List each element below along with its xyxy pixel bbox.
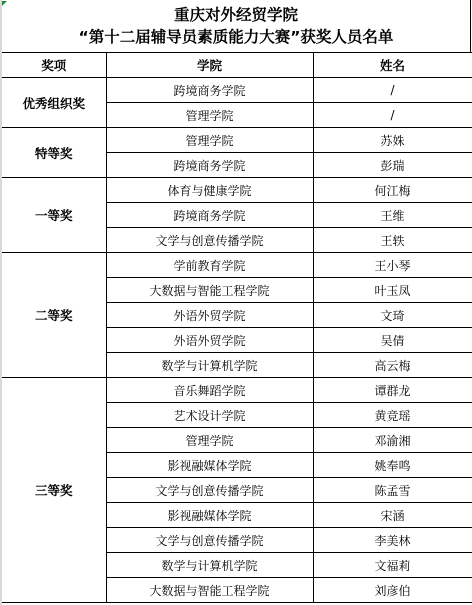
name-cell[interactable]: 文琦	[313, 303, 472, 328]
name-cell[interactable]: 李美林	[313, 528, 472, 553]
award-category-cell[interactable]: 三等奖	[2, 378, 106, 603]
name-cell[interactable]: 邓渝湘	[313, 428, 472, 453]
name-cell[interactable]: 高云梅	[313, 353, 472, 378]
award-category-cell[interactable]: 一等奖	[2, 178, 106, 253]
college-cell[interactable]: 大数据与智能工程学院	[106, 578, 313, 603]
name-cell[interactable]: 王轶	[313, 228, 472, 253]
name-cell[interactable]: 陈孟雪	[313, 478, 472, 503]
name-cell[interactable]: /	[313, 78, 472, 103]
college-cell[interactable]: 学前教育学院	[106, 253, 313, 278]
title-line-2: “第十二届辅导员素质能力大赛”获奖人员名单	[2, 26, 470, 48]
college-cell[interactable]: 跨境商务学院	[106, 203, 313, 228]
name-cell[interactable]: 姚奉鸣	[313, 453, 472, 478]
college-cell[interactable]: 管理学院	[106, 128, 313, 153]
name-cell[interactable]: 何江梅	[313, 178, 472, 203]
college-cell[interactable]: 管理学院	[106, 428, 313, 453]
title-line-1: 重庆对外经贸学院	[2, 4, 470, 26]
college-cell[interactable]: 文学与创意传播学院	[106, 528, 313, 553]
name-cell[interactable]: 彭瑞	[313, 153, 472, 178]
college-cell[interactable]: 跨境商务学院	[106, 153, 313, 178]
award-category-cell[interactable]: 优秀组织奖	[2, 78, 106, 128]
college-cell[interactable]: 体育与健康学院	[106, 178, 313, 203]
table-row: 一等奖体育与健康学院何江梅	[2, 178, 472, 203]
college-cell[interactable]: 跨境商务学院	[106, 78, 313, 103]
award-category-cell[interactable]: 二等奖	[2, 253, 106, 378]
name-cell[interactable]: 黄竞瑶	[313, 403, 472, 428]
college-cell[interactable]: 数学与计算机学院	[106, 553, 313, 578]
table-row: 三等奖音乐舞蹈学院谭群龙	[2, 378, 472, 403]
college-cell[interactable]: 大数据与智能工程学院	[106, 278, 313, 303]
name-cell[interactable]: 王维	[313, 203, 472, 228]
college-cell[interactable]: 文学与创意传播学院	[106, 228, 313, 253]
header-award[interactable]: 奖项	[2, 53, 106, 78]
college-cell[interactable]: 艺术设计学院	[106, 403, 313, 428]
name-cell[interactable]: 苏姝	[313, 128, 472, 153]
award-category-cell[interactable]: 特等奖	[2, 128, 106, 178]
table-row: 二等奖学前教育学院王小琴	[2, 253, 472, 278]
name-cell[interactable]: 王小琴	[313, 253, 472, 278]
table-row: 优秀组织奖跨境商务学院/	[2, 78, 472, 103]
college-cell[interactable]: 音乐舞蹈学院	[106, 378, 313, 403]
college-cell[interactable]: 影视融媒体学院	[106, 453, 313, 478]
award-table: 奖项 学院 姓名 优秀组织奖跨境商务学院/管理学院/特等奖管理学院苏姝跨境商务学…	[2, 52, 472, 603]
name-cell[interactable]: 叶玉凤	[313, 278, 472, 303]
header-college[interactable]: 学院	[106, 53, 313, 78]
document-title: 重庆对外经贸学院 “第十二届辅导员素质能力大赛”获奖人员名单	[2, 0, 471, 52]
name-cell[interactable]: 吴倩	[313, 328, 472, 353]
college-cell[interactable]: 文学与创意传播学院	[106, 478, 313, 503]
table-header-row: 奖项 学院 姓名	[2, 53, 472, 78]
name-cell[interactable]: 宋涵	[313, 503, 472, 528]
name-cell[interactable]: /	[313, 103, 472, 128]
college-cell[interactable]: 管理学院	[106, 103, 313, 128]
college-cell[interactable]: 数学与计算机学院	[106, 353, 313, 378]
college-cell[interactable]: 外语外贸学院	[106, 303, 313, 328]
college-cell[interactable]: 外语外贸学院	[106, 328, 313, 353]
award-list-sheet: 重庆对外经贸学院 “第十二届辅导员素质能力大赛”获奖人员名单 奖项 学院 姓名 …	[2, 0, 471, 603]
name-cell[interactable]: 谭群龙	[313, 378, 472, 403]
header-name[interactable]: 姓名	[313, 53, 472, 78]
name-cell[interactable]: 文福莉	[313, 553, 472, 578]
table-row: 特等奖管理学院苏姝	[2, 128, 472, 153]
college-cell[interactable]: 影视融媒体学院	[106, 503, 313, 528]
name-cell[interactable]: 刘彦伯	[313, 578, 472, 603]
